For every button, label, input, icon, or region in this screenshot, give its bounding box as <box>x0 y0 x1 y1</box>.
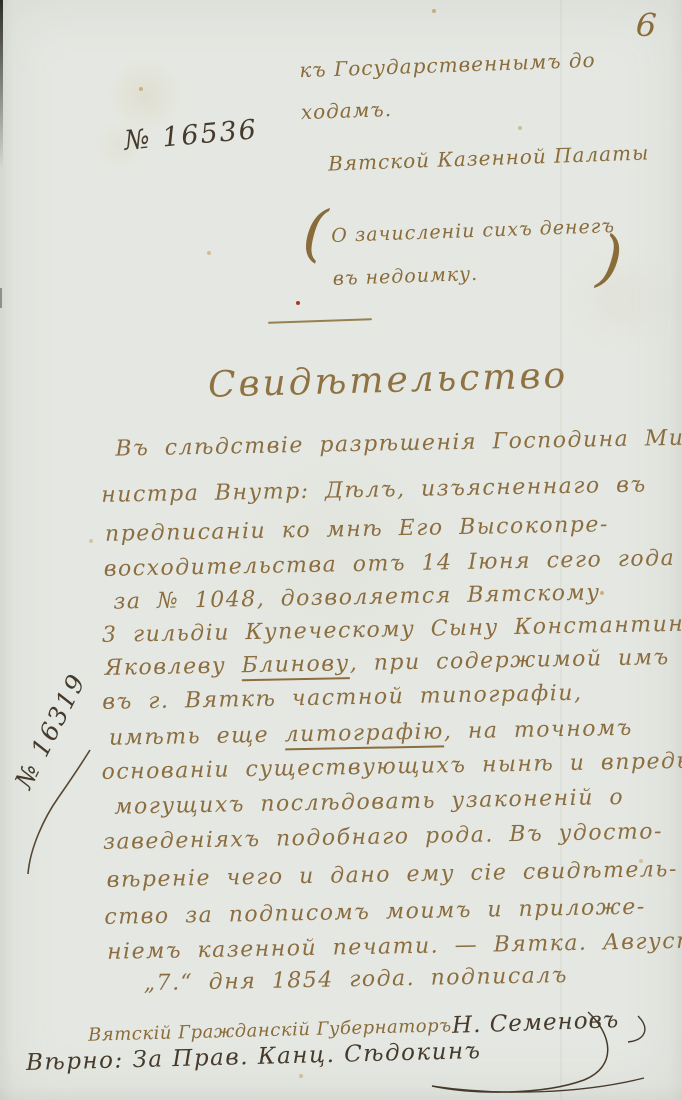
body-line: восходительства отъ 14 Іюня сего года <box>103 546 675 582</box>
underlined-surname: Блинову <box>241 651 350 681</box>
subject-note-line2: въ недоимку. <box>332 248 617 301</box>
revenue-annotation: къ Государственнымъ до ходамъ. <box>299 39 598 133</box>
body-line: 3 гильдіи Купеческому Сыну Константину <box>102 611 682 647</box>
margin-registration-number: № 16319 <box>9 668 92 793</box>
body-line: за № 1048, дозволяется Вятскому <box>113 580 601 614</box>
body-line: ніемъ казенной печати. — Вятка. Августа <box>107 928 682 965</box>
addressee-line: Вятской Казенной Палаты <box>328 140 650 175</box>
body-line: Яковлеву Блинову, при содержимой имъ <box>104 645 670 681</box>
body-line: вѣреніе чего и дано ему сіе свидѣтель- <box>106 857 678 893</box>
document-title: Свидѣтельство <box>208 355 569 405</box>
body-line-segment: , на точномъ <box>444 716 633 745</box>
body-line: заведеніяхъ подобнаго рода. Въ удосто- <box>103 819 663 855</box>
body-line: основаніи существующихъ нынѣ и впредь <box>101 749 682 785</box>
body-line: въ г. Вяткѣ частной типографіи, <box>102 681 583 715</box>
body-line: „7.“ дня 1854 года. подписалъ <box>143 963 568 996</box>
verification-underline-sweep <box>432 1078 644 1092</box>
underlined-word-lithography: литографію <box>284 719 444 750</box>
subject-open-paren: ( <box>300 195 329 270</box>
body-line-segment: , при содержимой имъ <box>350 645 670 676</box>
paper-specks <box>0 0 2 2</box>
body-line: Въ слѣдствіе разрѣшенія Господина Ми- <box>115 426 682 462</box>
body-line: нистра Внутр: Дѣлъ, изъясненнаго въ <box>101 472 647 507</box>
page-number: 6 <box>635 5 658 44</box>
ink-dot <box>296 301 300 305</box>
scan-edge-artifact-small <box>0 288 2 308</box>
governor-signature: Н. Семеновъ <box>452 1007 620 1039</box>
scan-edge-artifact <box>0 0 3 170</box>
body-line: ство за подписомъ моимъ и приложе- <box>104 895 646 930</box>
section-divider <box>268 318 372 324</box>
body-line-segment: Яковлеву <box>104 653 242 681</box>
document-number: № 16536 <box>123 114 259 157</box>
subject-note: О зачисленіи сихъ денегъ въ недоимку. <box>331 205 618 301</box>
revenue-annotation-line2: ходамъ. <box>300 81 598 133</box>
body-line: предписаніи ко мнѣ Его Высокопре- <box>105 512 609 547</box>
manuscript-page: 6 къ Государственнымъ до ходамъ. № 16536… <box>0 0 682 1100</box>
body-line: могущихъ послѣдовать узаконеній о <box>114 785 624 820</box>
body-line: имѣть еще литографію, на точномъ <box>109 716 633 751</box>
governor-signature-flourish <box>628 1016 645 1042</box>
body-line-segment: имѣть еще <box>109 722 285 750</box>
certificate-body: Въ слѣдствіе разрѣшенія Господина Ми- ни… <box>95 417 682 1008</box>
